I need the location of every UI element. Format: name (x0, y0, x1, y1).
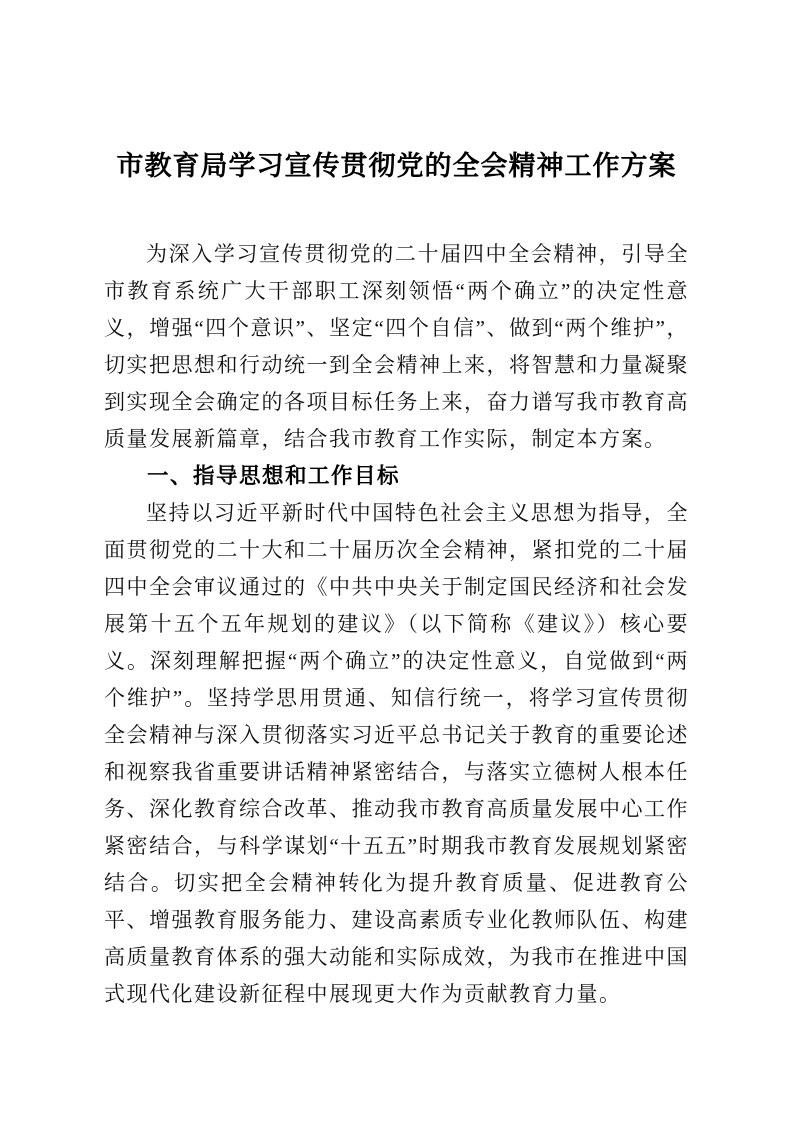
document-page: 市教育局学习宣传贯彻党的全会精神工作方案 为深入学习宣传贯彻党的二十届四中全会精… (0, 0, 793, 1122)
section-body-paragraph: 坚持以习近平新时代中国特色社会主义思想为指导，全面贯彻党的二十大和二十届历次全会… (104, 495, 689, 1013)
document-title: 市教育局学习宣传贯彻党的全会精神工作方案 (104, 148, 689, 184)
intro-paragraph: 为深入学习宣传贯彻党的二十届四中全会精神，引导全市教育系统广大干部职工深刻领悟“… (104, 236, 689, 458)
section-heading-guiding-ideology: 一、指导思想和工作目标 (104, 458, 689, 495)
